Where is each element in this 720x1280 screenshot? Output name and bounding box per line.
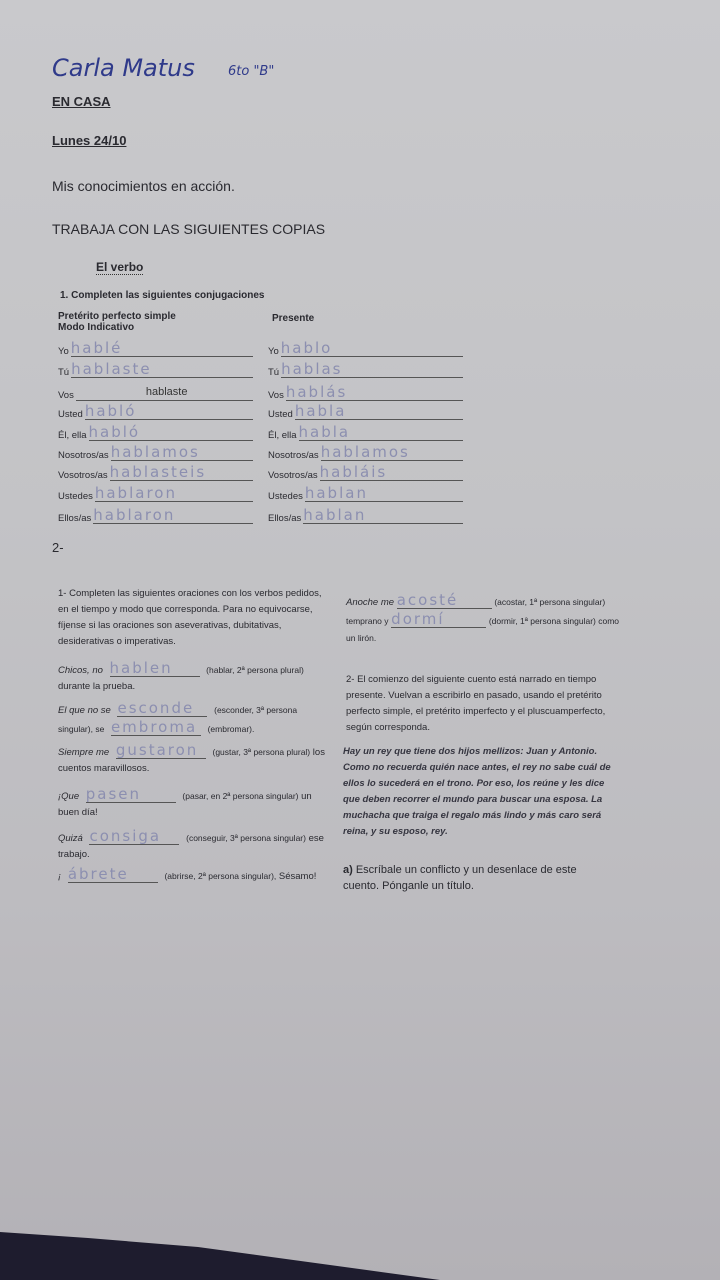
task-2-instructions: 2- El comienzo del siguiente cuento está… — [346, 672, 622, 736]
sentence-answer[interactable]: ábrete — [68, 866, 158, 883]
pronoun-label: Vos — [58, 390, 74, 401]
sentence-item: Quizá consiga (conseguir, 3ª persona sin… — [58, 828, 330, 863]
conjugation-answer[interactable]: hablaste — [76, 384, 253, 401]
pronoun-label: Él, ella — [268, 430, 297, 441]
sentence-answer[interactable]: hablen — [110, 660, 200, 677]
date-heading: Lunes 24/10 — [52, 133, 126, 148]
conjugation-row: Ellos/ashablaron — [58, 507, 253, 524]
answer-acoste[interactable]: acosté — [397, 592, 492, 609]
conjugation-row: Él, ellahabla — [268, 424, 463, 441]
sentence-item: ¡ ábrete (abrirse, 2ª persona singular),… — [58, 866, 330, 885]
task-a-label: a) — [343, 864, 353, 876]
conjugation-row: Vosotros/ashablasteis — [58, 464, 253, 481]
conjugation-answer[interactable]: hablo — [281, 340, 463, 357]
pronoun-label: Vos — [268, 390, 284, 401]
conjugation-answer[interactable]: hablan — [305, 485, 463, 502]
conjugation-answer[interactable]: hablaron — [95, 485, 253, 502]
task-a-text: Escríbale un conflicto y un desenlace de… — [343, 864, 577, 892]
conjugation-answer[interactable]: hablaste — [71, 361, 253, 378]
sentence-answer-2[interactable]: embroma — [111, 719, 201, 736]
section-2-number: 2- — [52, 540, 64, 555]
student-grade: 6to "B" — [228, 64, 274, 79]
conjugation-row: Ustedhabla — [268, 403, 463, 420]
conjugation-row: Túhablaste — [58, 361, 253, 378]
conjugation-row: Él, ellahabló — [58, 424, 253, 441]
conjugation-answer[interactable]: hablás — [286, 384, 463, 401]
sentence-after: Sésamo! — [279, 871, 317, 882]
conjugation-row: Túhablas — [268, 361, 463, 378]
conjugation-row: Ustedeshablaron — [58, 485, 253, 502]
sentence-item: ¡Que pasen (pasar, en 2ª persona singula… — [58, 786, 330, 821]
col-right-title: Presente — [272, 313, 314, 324]
pronoun-label: Ellos/as — [268, 513, 301, 524]
task-a: a) Escríbale un conflicto y un desenlace… — [343, 862, 583, 894]
conjugation-row: Yohablé — [58, 340, 253, 357]
pronoun-label: Usted — [268, 409, 293, 420]
conjugation-row: Voshablás — [268, 384, 463, 401]
conjugation-row: Vosotros/ashabláis — [268, 464, 463, 481]
sentence-answer[interactable]: gustaron — [116, 742, 206, 759]
section-title-el-verbo: El verbo — [96, 260, 143, 275]
pronoun-label: Yo — [268, 346, 279, 357]
pronoun-label: Él, ella — [58, 430, 87, 441]
sentence-answer[interactable]: esconde — [117, 700, 207, 717]
conjugation-row: Voshablaste — [58, 384, 253, 401]
instruction-text: TRABAJA CON LAS SIGUIENTES COPIAS — [52, 221, 325, 237]
sentence-before: ¡ — [58, 871, 61, 882]
sentence-hint-2: (embromar). — [208, 724, 255, 734]
conjugation-row: Ustedeshablan — [268, 485, 463, 502]
right-sentence-before: Anoche me — [346, 597, 394, 608]
en-casa-heading: EN CASA — [52, 94, 111, 109]
conjugation-row: Ellos/ashablan — [268, 507, 463, 524]
col-left-subtitle: Modo Indicativo — [58, 322, 134, 333]
story-text: Hay un rey que tiene dos hijos mellizos:… — [343, 744, 623, 840]
col-left-title: Pretérito perfecto simple — [58, 311, 176, 322]
conjugation-answer[interactable]: hablé — [71, 340, 253, 357]
worksheet-paper: Carla Matus 6to "B" EN CASA Lunes 24/10 … — [0, 0, 720, 1280]
pronoun-label: Yo — [58, 346, 69, 357]
conjugation-answer[interactable]: hablamos — [111, 444, 253, 461]
pronoun-label: Vosotros/as — [268, 470, 318, 481]
conjugation-row: Ustedhabló — [58, 403, 253, 420]
conjugation-task: 1. Completen las siguientes conjugacione… — [60, 290, 265, 301]
sentence-answer[interactable]: pasen — [86, 786, 176, 803]
pronoun-label: Nosotros/as — [58, 450, 109, 461]
sentence-hint: (pasar, en 2ª persona singular) — [182, 791, 298, 801]
sentence-hint: (conseguir, 3ª persona singular) — [186, 833, 306, 843]
pronoun-label: Ustedes — [58, 491, 93, 502]
pronoun-label: Tú — [268, 367, 279, 378]
pronoun-label: Nosotros/as — [268, 450, 319, 461]
conjugation-row: Yohablo — [268, 340, 463, 357]
conjugation-answer[interactable]: habláis — [320, 464, 463, 481]
conjugation-answer[interactable]: hablasteis — [110, 464, 253, 481]
pronoun-label: Usted — [58, 409, 83, 420]
sentence-before: Quizá — [58, 833, 83, 844]
pronoun-label: Ellos/as — [58, 513, 91, 524]
pronoun-label: Vosotros/as — [58, 470, 108, 481]
intro-text: Mis conocimientos en acción. — [52, 178, 235, 194]
conjugation-answer[interactable]: hablas — [281, 361, 463, 378]
sentence-hint: (gustar, 3ª persona plural) — [213, 747, 311, 757]
sentence-answer[interactable]: consiga — [89, 828, 179, 845]
conjugation-row: Nosotros/ashablamos — [58, 444, 253, 461]
sentence-before: Siempre me — [58, 747, 109, 758]
sentence-before: El que no se — [58, 705, 111, 716]
sentence-hint: (hablar, 2ª persona plural) — [206, 665, 304, 675]
conjugation-answer[interactable]: habló — [85, 403, 253, 420]
sentence-item: Siempre me gustaron (gustar, 3ª persona … — [58, 742, 330, 777]
sentence-before: ¡Que — [58, 791, 79, 802]
student-name: Carla Matus — [52, 54, 195, 82]
pronoun-label: Ustedes — [268, 491, 303, 502]
pronoun-label: Tú — [58, 367, 69, 378]
answer-dormi[interactable]: dormí — [391, 611, 486, 628]
conjugation-answer[interactable]: hablamos — [321, 444, 463, 461]
conjugation-answer[interactable]: hablan — [303, 507, 463, 524]
sentence-item: Chicos, no hablen (hablar, 2ª persona pl… — [58, 660, 330, 695]
section2-instructions: 1- Completen las siguientes oraciones co… — [58, 586, 326, 650]
conjugation-row: Nosotros/ashablamos — [268, 444, 463, 461]
conjugation-answer[interactable]: habla — [295, 403, 463, 420]
photo-shadow — [0, 1220, 440, 1280]
sentence-before: Chicos, no — [58, 665, 103, 676]
conjugation-answer[interactable]: hablaron — [93, 507, 253, 524]
conjugation-answer[interactable]: habla — [299, 424, 463, 441]
sentence-hint: (abrirse, 2ª persona singular), — [164, 871, 276, 881]
sentence-after: durante la prueba. — [58, 681, 135, 692]
sentence-item: El que no se esconde (esconder, 3ª perso… — [58, 700, 330, 738]
conjugation-answer[interactable]: habló — [89, 424, 253, 441]
right-sentence: Anoche me acosté (acostar, 1ª persona si… — [346, 592, 622, 647]
